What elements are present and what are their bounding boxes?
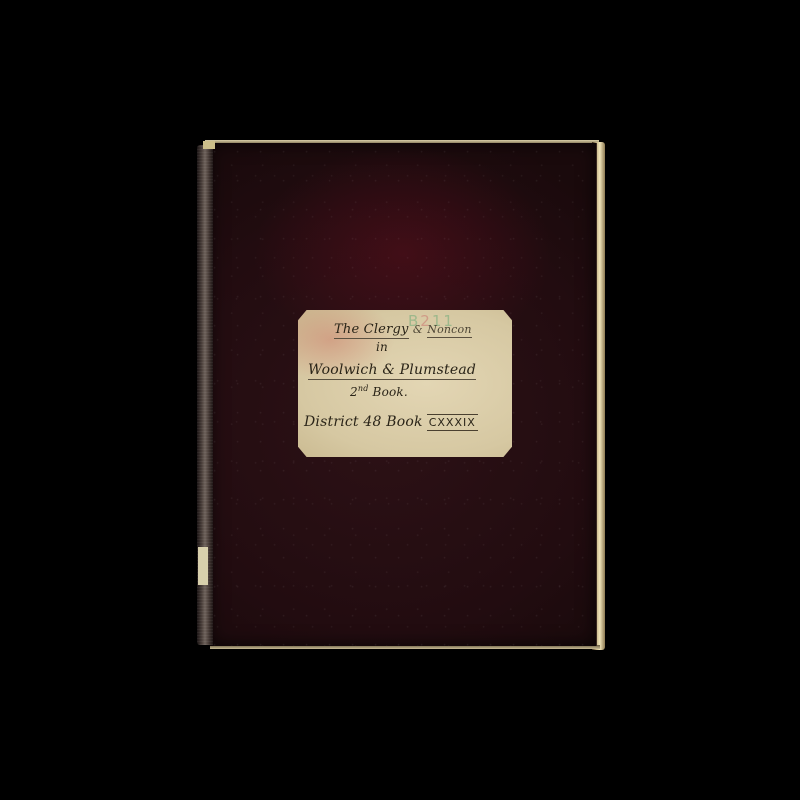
title-ampersand: & — [413, 323, 423, 336]
label-in-line: in — [376, 340, 388, 354]
district-text: District 48 Book — [304, 414, 423, 430]
spine-top-wear — [203, 141, 215, 149]
volume-number: 2 — [350, 385, 358, 399]
title-tail: Noncon — [427, 323, 471, 338]
volume-ordinal: nd — [358, 384, 369, 393]
label-district-line: District 48 BookCXXXIX — [304, 414, 478, 430]
volume-text: Book. — [373, 385, 408, 399]
photo-scene: B211 The Clergy & Noncon in Woolwich & P… — [0, 0, 800, 800]
title-main: The Clergy — [334, 322, 409, 339]
label-place-line: Woolwich & Plumstead — [308, 362, 476, 380]
label-volume-line: 2nd Book. — [350, 384, 408, 399]
label-title-line: The Clergy & Noncon — [334, 322, 472, 337]
book-roman-number: CXXXIX — [427, 414, 478, 431]
cover-label: B211 The Clergy & Noncon in Woolwich & P… — [298, 310, 512, 457]
spine-paper-label — [198, 547, 208, 585]
